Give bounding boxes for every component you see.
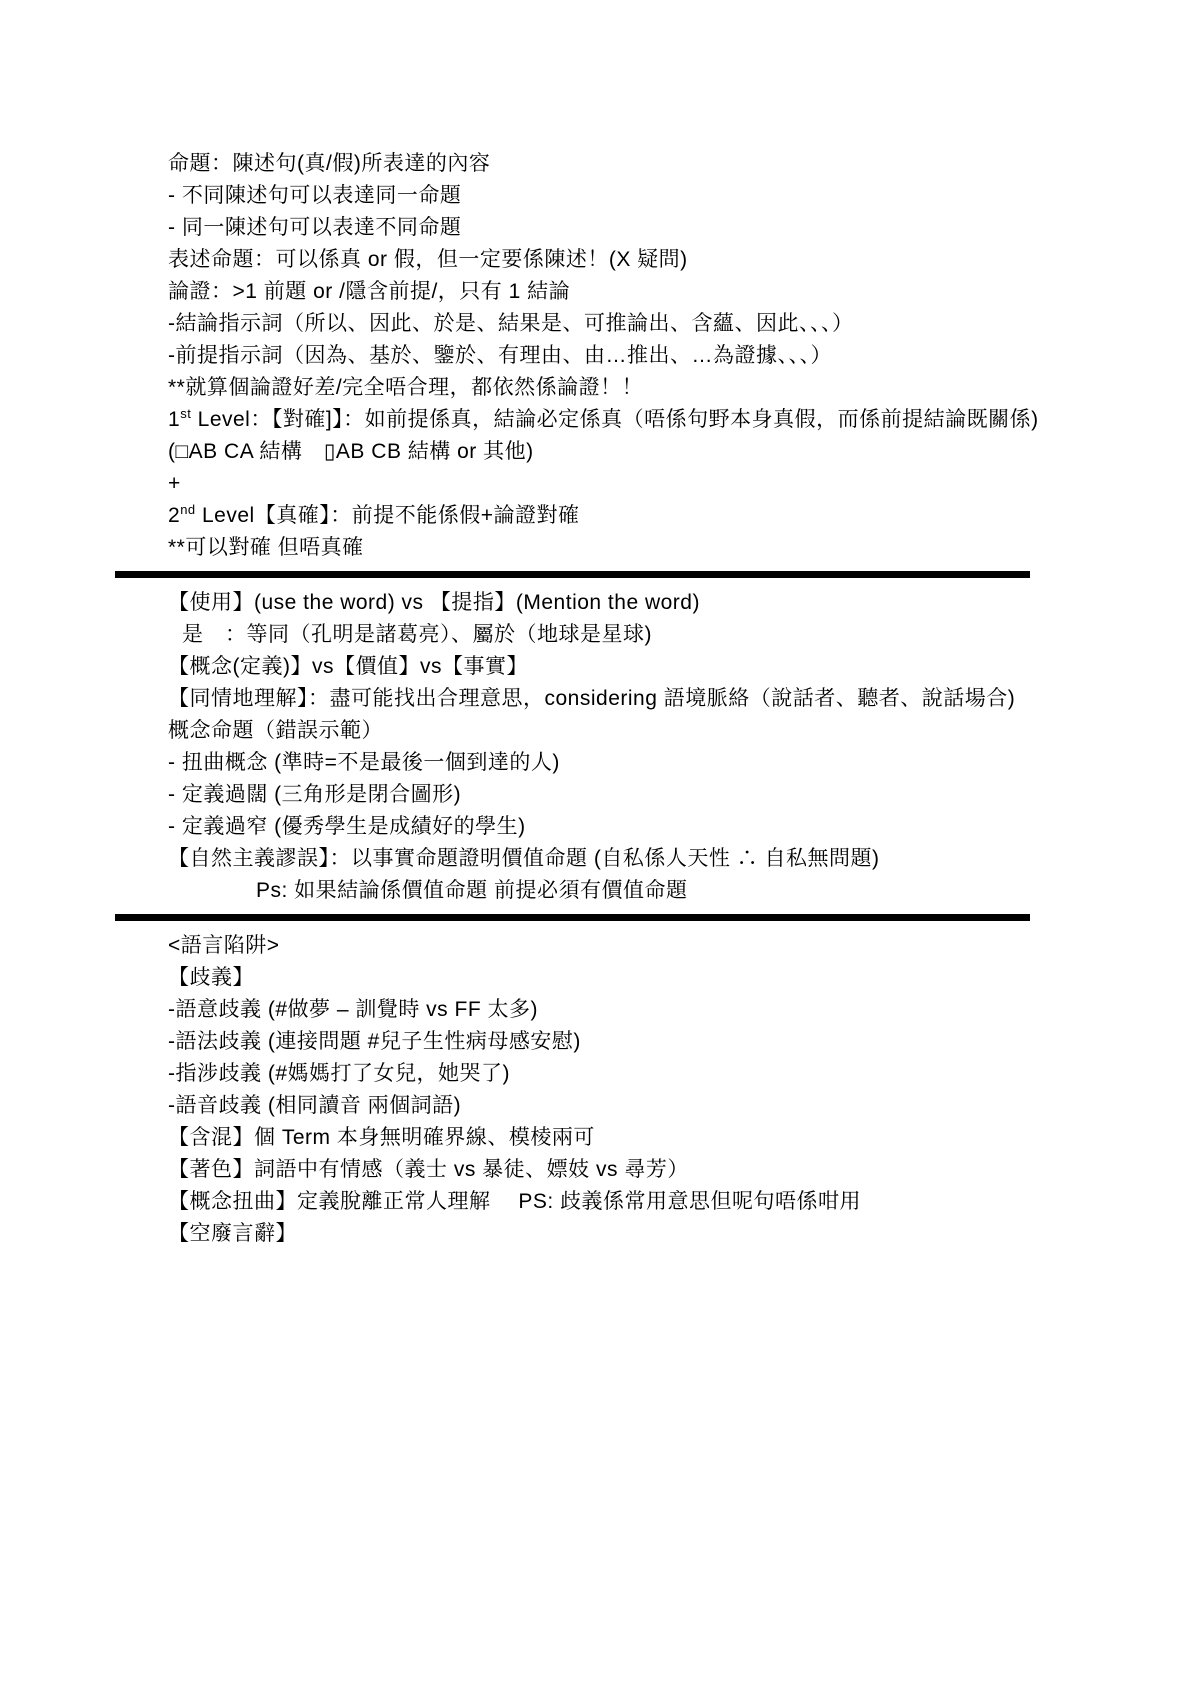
level2-text: Level【真確】：前提不能係假+論證對確 [196,504,580,527]
level2-number: 2 [168,504,180,527]
line-proposition-point-2: - 同一陳述句可以表達不同命題 [168,212,1040,244]
line-concept-value-fact: 【概念(定義)】vs【價值】vs【事實】 [168,651,1040,683]
notes-page: 命題：陳述句(真/假)所表達的內容 - 不同陳述句可以表達同一命題 - 同一陳述… [0,0,1200,1698]
section-divider [115,571,1030,578]
line-definition-too-broad: - 定義過闊 (三角形是閉合圖形) [168,779,1040,811]
line-distorted-concept: - 扭曲概念 (準時=不是最後一個到達的人) [168,747,1040,779]
line-plus: + [168,468,1040,500]
level1-number: 1 [168,408,180,431]
line-proposition-definition: 命題：陳述句(真/假)所表達的內容 [168,148,1040,180]
level1-text: Level：【對確]】：如前提係真，結論必定係真（唔係句野本身真假，而係前提結論… [191,408,1038,431]
line-naturalistic-fallacy: 【自然主義謬誤】：以事實命題證明價值命題 (自私係人天性 ∴ 自私無問題) [168,843,1040,875]
line-syntactic-ambiguity: -語法歧義 (連接問題 #兒子生性病母感安慰) [168,1026,1040,1058]
line-referential-ambiguity: -指涉歧義 (#媽媽打了女兒，她哭了) [168,1058,1040,1090]
line-argument-definition: 論證：>1 前題 or /隱含前提/，只有 1 結論 [168,276,1040,308]
line-concept-distortion: 【概念扭曲】定義脫離正常人理解 PS: 歧義係常用意思但呢句唔係咁用 [168,1186,1040,1218]
line-proposition-point-1: - 不同陳述句可以表達同一命題 [168,180,1040,212]
line-use-vs-mention: 【使用】(use the word) vs 【提指】(Mention the w… [168,587,1040,619]
section-divider [115,914,1030,921]
line-argument-note: **就算個論證好差/完全唔合理，都依然係論證！！ [168,372,1040,404]
line-conclusion-indicators: -結論指示詞（所以、因此、於是、結果是、可推論出、含蘊、因此、、、） [168,308,1040,340]
line-soundness-note: **可以對確 但唔真確 [168,532,1040,564]
line-premise-indicators: -前提指示詞（因為、基於、鑒於、有理由、由…推出、…為證據、、、） [168,340,1040,372]
line-ambiguity-heading: 【歧義】 [168,962,1040,994]
line-coloring: 【著色】詞語中有情感（義士 vs 暴徒、嫖妓 vs 尋芳） [168,1154,1040,1186]
line-sympathetic-understanding: 【同情地理解】：盡可能找出合理意思，considering 語境脈絡（說話者、聽… [168,683,1040,715]
line-empty-rhetoric: 【空廢言辭】 [168,1218,1040,1250]
line-structure-note: (□AB CA 結構 ▯AB CB 結構 or 其他) [168,436,1040,468]
line-naturalistic-fallacy-ps: Ps: 如果結論係價值命題 前提必須有價值命題 [168,875,1040,907]
level1-superscript: st [180,406,191,421]
line-language-traps-heading: <語言陷阱> [168,930,1040,962]
line-express-proposition: 表述命題：可以係真 or 假，但一定要係陳述！(X 疑問) [168,244,1040,276]
line-vagueness: 【含混】個 Term 本身無明確界線、模棱兩可 [168,1122,1040,1154]
line-phonetic-ambiguity: -語音歧義 (相同讀音 兩個詞語) [168,1090,1040,1122]
line-level1-validity: 1st Level：【對確]】：如前提係真，結論必定係真（唔係句野本身真假，而係… [168,404,1040,436]
line-shi-meanings: 是 ：等同（孔明是諸葛亮）、屬於（地球是星球) [168,619,1040,651]
line-concept-proposition-examples: 概念命題（錯誤示範） [168,715,1040,747]
line-semantic-ambiguity: -語意歧義 (#做夢 – 訓覺時 vs FF 太多) [168,994,1040,1026]
level2-superscript: nd [180,502,195,517]
line-level2-soundness: 2nd Level【真確】：前提不能係假+論證對確 [168,500,1040,532]
line-definition-too-narrow: - 定義過窄 (優秀學生是成績好的學生) [168,811,1040,843]
